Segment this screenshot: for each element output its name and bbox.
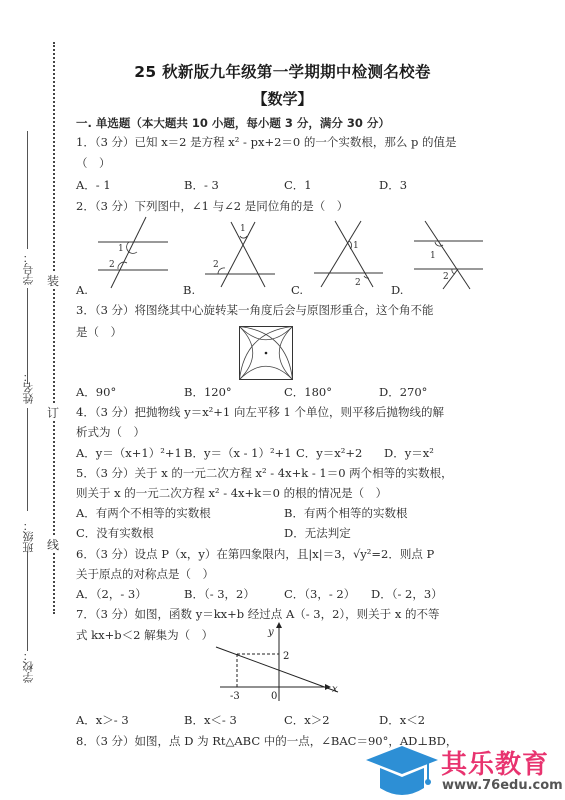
svg-text:1: 1 (353, 241, 359, 251)
question-text: （ ） (76, 155, 111, 171)
option-b[interactable]: B．y＝（x - 1）²+1 (184, 445, 292, 461)
figure-c-triangle: 1 2 (313, 219, 385, 289)
svg-text:1: 1 (118, 244, 124, 254)
option-b[interactable]: B．- 3 (184, 177, 219, 193)
school-label: 学校： (21, 650, 37, 683)
svg-text:1: 1 (430, 251, 436, 261)
student-id-line (27, 131, 28, 249)
option-c[interactable]: C．1 (284, 177, 312, 193)
option-b[interactable]: B．x＜- 3 (184, 712, 237, 728)
option-a[interactable]: A．90° (76, 384, 116, 400)
class-label: 班级： (21, 520, 37, 553)
question-text: 式 kx+b＜2 解集为（ ） (76, 627, 213, 643)
option-c[interactable]: C．x＞2 (284, 712, 330, 728)
options-row: A．有两个不相等的实数根 B．有两个相等的实数根 (76, 505, 516, 521)
option-d[interactable]: D．270° (379, 384, 427, 400)
class-line (27, 408, 28, 511)
student-id-label: 学号： (21, 252, 37, 285)
svg-text:2: 2 (355, 278, 361, 288)
exam-title: 25 秋新版九年级第一学期期中检测名校卷 (0, 60, 565, 82)
question-text: 则关于 x 的一元二次方程 x² - 4x+k＝0 的根的情况是（ ） (76, 485, 387, 501)
x-axis-label: x (332, 684, 338, 695)
binding-mark-zhuang: 装 (47, 272, 59, 289)
option-d[interactable]: D．无法判定 (284, 525, 351, 541)
option-c[interactable]: C．（3，- 2） (284, 586, 355, 602)
question-text: 是（ ） (76, 324, 122, 340)
linear-function-graph: y x 2 -3 0 (210, 621, 340, 701)
name-label: 姓名： (21, 371, 37, 404)
option-b[interactable]: B．（- 3，2） (184, 586, 255, 602)
options-row: A．y＝（x+1）²+1 B．y＝（x - 1）²+1 C．y＝x²+2 D．y… (76, 445, 516, 461)
options-row: A．- 1 B．- 3 C．1 D．3 (76, 177, 516, 193)
option-b[interactable]: B．120° (184, 384, 232, 400)
option-d[interactable]: D. (391, 282, 403, 298)
y-tick-label: 2 (283, 651, 289, 662)
figure-b-triangle: 1 2 (205, 219, 277, 289)
question-text: 1．（3 分）已知 x＝2 是方程 x² - px+2＝0 的一个实数根，那么 … (76, 134, 457, 150)
figure-a-parallel-lines: 1 2 (96, 224, 171, 289)
option-a[interactable]: A. (76, 282, 88, 298)
option-a[interactable]: A．y＝（x+1）²+1 (76, 445, 182, 461)
graduation-cap-icon (366, 744, 438, 800)
origin-label: 0 (271, 691, 277, 702)
question-text: 关于原点的对称点是（ ） (76, 566, 214, 582)
option-c[interactable]: C．180° (284, 384, 332, 400)
svg-text:2: 2 (213, 260, 219, 270)
school-line (27, 551, 28, 651)
option-d[interactable]: D．x＜2 (379, 712, 425, 728)
option-c[interactable]: C．没有实数根 (76, 525, 154, 541)
options-row: A．（2，- 3） B．（- 3，2） C．（3，- 2） D．（- 2，3） (76, 586, 516, 602)
question-text: 6．（3 分）设点 P（x，y）在第四象限内，且|x|＝3，√y²=2．则点 P (76, 546, 434, 562)
option-d[interactable]: D．（- 2，3） (371, 586, 443, 602)
figure-d-parallel-lines: 1 2 (413, 219, 485, 291)
question-text: 3．（3 分）将图绕其中心旋转某一角度后会与原图形重合，这个角不能 (76, 302, 434, 318)
binding-dotted-line (53, 42, 55, 614)
section-heading: 一. 单选题（本大题共 10 小题，每小题 3 分，满分 30 分） (76, 115, 390, 131)
options-row: C．没有实数根 D．无法判定 (76, 525, 516, 541)
binding-mark-ding: 订 (47, 404, 59, 421)
option-b[interactable]: B. (183, 282, 195, 298)
y-axis-label: y (267, 627, 274, 638)
figure-rotational-square (239, 326, 293, 380)
option-a[interactable]: A．有两个不相等的实数根 (76, 505, 211, 521)
svg-text:2: 2 (109, 260, 115, 270)
question-text: 7．（3 分）如图，函数 y＝kx+b 经过点 A（- 3，2），则关于 x 的… (76, 606, 439, 622)
option-d[interactable]: D．y＝x² (384, 445, 434, 461)
question-text: 4．（3 分）把抛物线 y＝x²+1 向左平移 1 个单位，则平移后抛物线的解 (76, 404, 444, 420)
svg-text:1: 1 (240, 224, 246, 234)
option-c[interactable]: C. (291, 282, 303, 298)
question-text: 2．（3 分）下列图中，∠1 与∠2 是同位角的是（ ） (76, 198, 348, 214)
options-row: A．x＞- 3 B．x＜- 3 C．x＞2 D．x＜2 (76, 712, 516, 728)
option-b[interactable]: B．有两个相等的实数根 (284, 505, 407, 521)
subject-title: 【数学】 (0, 88, 565, 109)
option-a[interactable]: A．x＞- 3 (76, 712, 129, 728)
option-d[interactable]: D．3 (379, 177, 407, 193)
options-row: A．90° B．120° C．180° D．270° (76, 384, 516, 400)
option-c[interactable]: C．y＝x²+2 (296, 445, 362, 461)
option-a[interactable]: A．- 1 (76, 177, 111, 193)
binding-mark-xian: 线 (47, 536, 59, 553)
name-line (27, 288, 28, 384)
svg-text:2: 2 (443, 272, 449, 282)
option-a[interactable]: A．（2，- 3） (76, 586, 147, 602)
x-tick-label: -3 (230, 691, 240, 702)
watermark-url: www.76edu.com (442, 778, 563, 793)
watermark-brand: 其乐教育 (441, 744, 549, 781)
question-text: 5．（3 分）关于 x 的一元二次方程 x² - 4x+k - 1＝0 两个相等… (76, 465, 453, 481)
question-text: 析式为（ ） (76, 424, 145, 440)
